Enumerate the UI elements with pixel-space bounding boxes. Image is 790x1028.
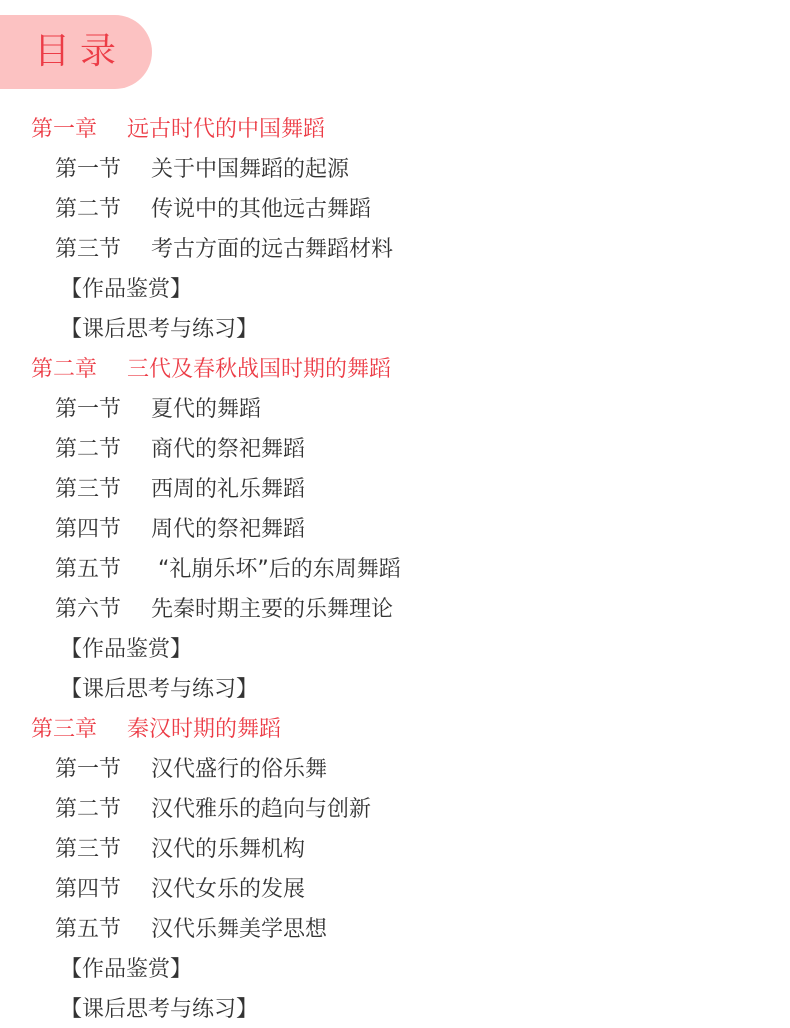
toc-section[interactable]: 第一节汉代盛行的俗乐舞 bbox=[55, 750, 327, 790]
extra-title: 【课后思考与练习】 bbox=[60, 997, 258, 1022]
section-title: 夏代的舞蹈 bbox=[151, 397, 261, 422]
toc-section[interactable]: 第三节考古方面的远古舞蹈材料 bbox=[55, 230, 393, 270]
section-number: 第四节 bbox=[55, 510, 151, 550]
section-number: 第四节 bbox=[55, 870, 151, 910]
section-title: 先秦时期主要的乐舞理论 bbox=[151, 597, 393, 622]
extra-title: 【课后思考与练习】 bbox=[60, 317, 258, 342]
toc-section[interactable]: 第五节汉代乐舞美学思想 bbox=[55, 910, 327, 950]
extra-title: 【作品鉴赏】 bbox=[60, 277, 192, 302]
section-title: 汉代女乐的发展 bbox=[151, 877, 305, 902]
section-title: 传说中的其他远古舞蹈 bbox=[151, 197, 371, 222]
section-title: 汉代盛行的俗乐舞 bbox=[151, 757, 327, 782]
section-title: 汉代雅乐的趋向与创新 bbox=[151, 797, 371, 822]
section-title: 商代的祭祀舞蹈 bbox=[151, 437, 305, 462]
extra-title: 【作品鉴赏】 bbox=[60, 637, 192, 662]
section-title: 考古方面的远古舞蹈材料 bbox=[151, 237, 393, 262]
section-number: 第一节 bbox=[55, 150, 151, 190]
section-title: 西周的礼乐舞蹈 bbox=[151, 477, 305, 502]
page-title: 目录 bbox=[34, 15, 126, 89]
toc-section[interactable]: 第二节汉代雅乐的趋向与创新 bbox=[55, 790, 371, 830]
toc-extra[interactable]: 【作品鉴赏】 bbox=[60, 270, 192, 310]
toc-section[interactable]: 第六节先秦时期主要的乐舞理论 bbox=[55, 590, 393, 630]
toc-extra[interactable]: 【作品鉴赏】 bbox=[60, 630, 192, 670]
chapter-title: 三代及春秋战国时期的舞蹈 bbox=[127, 357, 391, 382]
extra-title: 【课后思考与练习】 bbox=[60, 677, 258, 702]
toc-section[interactable]: 第一节夏代的舞蹈 bbox=[55, 390, 261, 430]
section-title: 汉代乐舞美学思想 bbox=[151, 917, 327, 942]
toc-section[interactable]: 第四节汉代女乐的发展 bbox=[55, 870, 305, 910]
toc-extra[interactable]: 【课后思考与练习】 bbox=[60, 990, 258, 1028]
section-number: 第五节 bbox=[55, 550, 151, 590]
section-number: 第二节 bbox=[55, 790, 151, 830]
chapter-number: 第二章 bbox=[31, 350, 127, 390]
toc-extra[interactable]: 【课后思考与练习】 bbox=[60, 310, 258, 350]
section-number: 第二节 bbox=[55, 430, 151, 470]
chapter-title: 远古时代的中国舞蹈 bbox=[127, 117, 325, 142]
section-title: 周代的祭祀舞蹈 bbox=[151, 517, 305, 542]
toc-extra[interactable]: 【课后思考与练习】 bbox=[60, 670, 258, 710]
section-number: 第三节 bbox=[55, 830, 151, 870]
section-number: 第二节 bbox=[55, 190, 151, 230]
toc-section[interactable]: 第二节传说中的其他远古舞蹈 bbox=[55, 190, 371, 230]
section-number: 第一节 bbox=[55, 390, 151, 430]
extra-title: 【作品鉴赏】 bbox=[60, 957, 192, 982]
section-number: 第一节 bbox=[55, 750, 151, 790]
section-number: 第六节 bbox=[55, 590, 151, 630]
section-number: 第五节 bbox=[55, 910, 151, 950]
toc-section[interactable]: 第三节西周的礼乐舞蹈 bbox=[55, 470, 305, 510]
toc-section[interactable]: 第二节商代的祭祀舞蹈 bbox=[55, 430, 305, 470]
toc-chapter[interactable]: 第一章远古时代的中国舞蹈 bbox=[31, 110, 325, 150]
toc-chapter[interactable]: 第二章三代及春秋战国时期的舞蹈 bbox=[31, 350, 391, 390]
chapter-title: 秦汉时期的舞蹈 bbox=[127, 717, 281, 742]
toc-extra[interactable]: 【作品鉴赏】 bbox=[60, 950, 192, 990]
chapter-number: 第三章 bbox=[31, 710, 127, 750]
toc-section[interactable]: 第四节周代的祭祀舞蹈 bbox=[55, 510, 305, 550]
section-title: 汉代的乐舞机构 bbox=[151, 837, 305, 862]
toc-chapter[interactable]: 第三章秦汉时期的舞蹈 bbox=[31, 710, 281, 750]
toc-section[interactable]: 第三节汉代的乐舞机构 bbox=[55, 830, 305, 870]
section-number: 第三节 bbox=[55, 230, 151, 270]
section-title: “礼崩乐坏”后的东周舞蹈 bbox=[151, 557, 401, 582]
toc-section[interactable]: 第五节 “礼崩乐坏”后的东周舞蹈 bbox=[55, 550, 401, 590]
section-title: 关于中国舞蹈的起源 bbox=[151, 157, 349, 182]
chapter-number: 第一章 bbox=[31, 110, 127, 150]
section-number: 第三节 bbox=[55, 470, 151, 510]
toc-section[interactable]: 第一节关于中国舞蹈的起源 bbox=[55, 150, 349, 190]
